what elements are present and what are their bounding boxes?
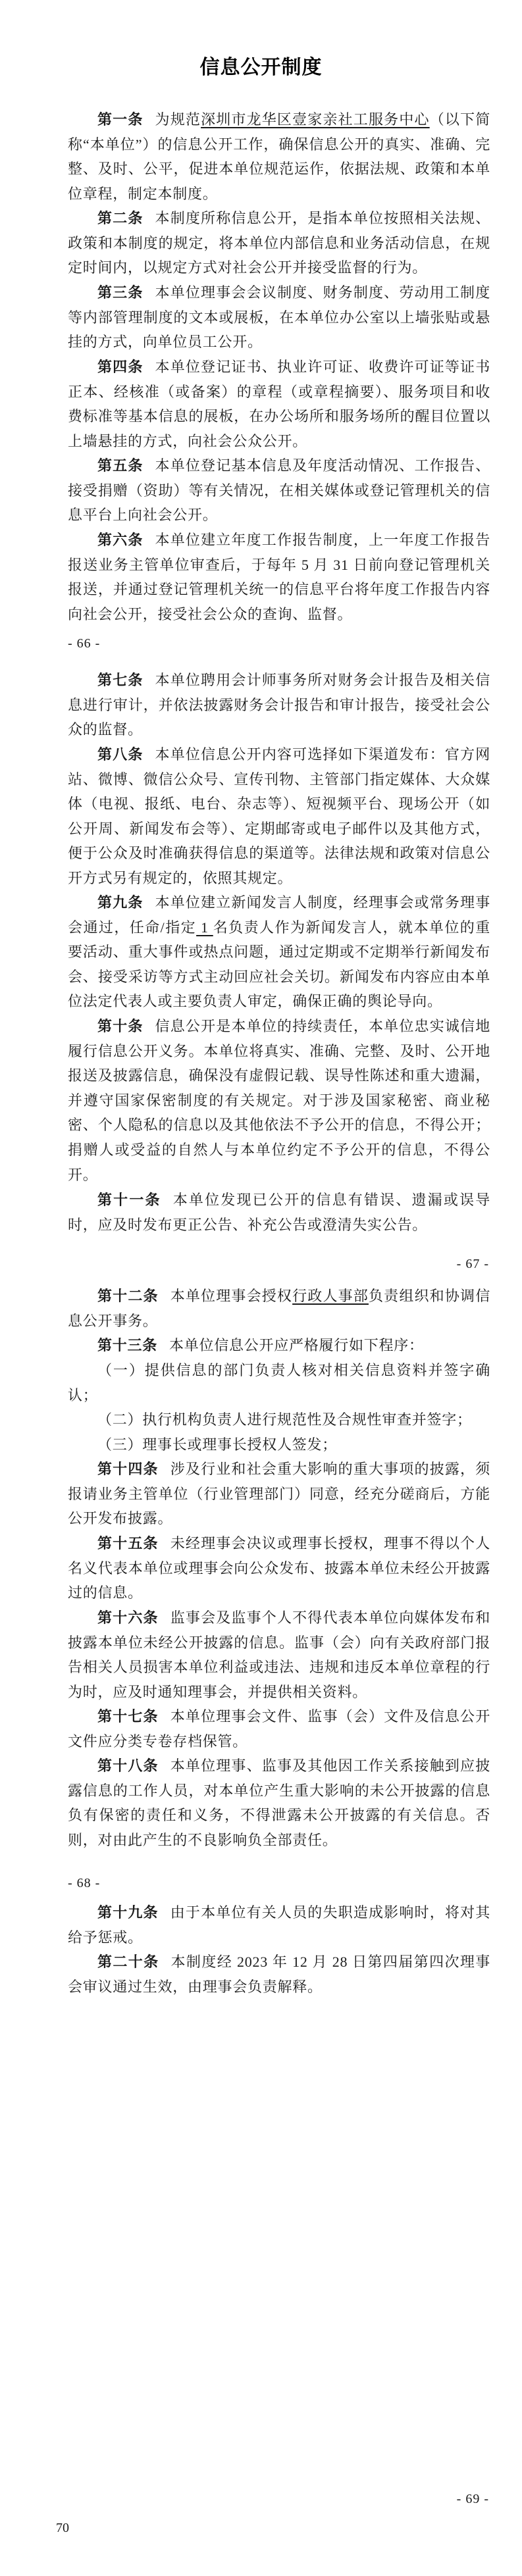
article-paragraph: 第二十条本制度经 2023 年 12 月 28 日第四届第四次理事会审议通过生效… (68, 1950, 490, 1999)
page-number-footer: - 66 - (68, 636, 100, 651)
article-paragraph: （一）提供信息的部门负责人核对相关信息资料并签字确认； (68, 1358, 490, 1407)
article-paragraph: （二）执行机构负责人进行规范性及合规性审查并签字； (68, 1407, 490, 1432)
article-number-label: 第二条 (97, 210, 155, 226)
article-number-label: 第七条 (97, 672, 155, 688)
article-paragraph: 第一条为规范深圳市龙华区壹家亲社工服务中心（以下简称“本单位”）的信息公开工作，… (68, 107, 490, 206)
article-paragraph: 第八条本单位信息公开内容可选择如下渠道发布：官方网站、微博、微信公众号、宣传刊物… (68, 742, 490, 891)
body-text: （二）执行机构负责人进行规范性及合规性审查并签字； (97, 1411, 472, 1428)
article-paragraph: 第十一条本单位发现已公开的信息有错误、遗漏或误导时，应及时发布更正公告、补充公告… (68, 1188, 490, 1237)
article-paragraph: 第十七条本单位理事会文件、监事（会）文件及信息公开文件应分类专卷存档保管。 (68, 1704, 490, 1754)
underlined-text: 1 (196, 919, 213, 936)
page-title: 信息公开制度 (0, 57, 522, 79)
article-paragraph: 第十条信息公开是本单位的持续责任，本单位忠实诚信地履行信息公开义务。本单位将真实… (68, 1014, 490, 1187)
pdf-page-number: 70 (56, 2520, 69, 2536)
article-number-label: 第一条 (97, 111, 155, 128)
body-text: 信息公开是本单位的持续责任，本单位忠实诚信地履行信息公开义务。本单位将真实、准确… (68, 1018, 490, 1183)
article-paragraph: 第十四条涉及行业和社会重大影响的重大事项的披露，须报请业务主管单位（行业管理部门… (68, 1457, 490, 1531)
underlined-text: 深圳市龙华区壹家亲社工服务中心 (201, 111, 430, 128)
article-number-label: 第三条 (97, 284, 155, 301)
article-number-label: 第十七条 (97, 1708, 170, 1725)
article-paragraph: 第四条本单位登记证书、执业许可证、收费许可证等证书正本、经核准（或备案）的章程（… (68, 355, 490, 453)
article-number-label: 第四条 (97, 359, 155, 375)
page-number-footer: - 67 - (457, 1256, 489, 1272)
article-number-label: 第十条 (97, 1018, 155, 1034)
article-number-label: 第九条 (97, 894, 155, 911)
article-number-label: 第十二条 (97, 1288, 170, 1304)
underlined-text: 行政人事部 (292, 1288, 369, 1304)
article-paragraph: （三）理事长或理事长授权人签发； (68, 1432, 490, 1457)
article-number-label: 第八条 (97, 746, 155, 763)
article-paragraph: 第六条本单位建立年度工作报告制度，上一年度工作报告报送业务主管单位审查后，于每年… (68, 528, 490, 626)
article-paragraph: 第十八条本单位理事、监事及其他因工作关系接触到应披露信息的工作人员，对本单位产生… (68, 1754, 490, 1852)
article-number-label: 第十六条 (97, 1609, 170, 1626)
article-number-label: 第二十条 (97, 1954, 171, 1970)
article-paragraph: 第十九条由于本单位有关人员的失职造成影响时，将对其给予惩戒。 (68, 1900, 490, 1950)
body-text: （一）提供信息的部门负责人核对相关信息资料并签字确认； (68, 1362, 490, 1403)
article-number-label: 第十三条 (97, 1337, 169, 1353)
article-number-label: 第十九条 (97, 1904, 170, 1921)
article-paragraph: 第二条本制度所称信息公开，是指本单位按照相关法规、政策和本制度的规定，将本单位内… (68, 206, 490, 280)
article-paragraph: 第十三条本单位信息公开应严格履行如下程序： (68, 1333, 490, 1358)
article-number-label: 第十五条 (97, 1535, 170, 1552)
page-number-footer: - 68 - (68, 1875, 100, 1891)
article-number-label: 第六条 (97, 532, 155, 548)
document-page: { "document": { "title": "信息公开制度", "text… (0, 0, 522, 2576)
body-text: （三）理事长或理事长授权人签发； (97, 1436, 337, 1453)
body-text: 为规范 (155, 111, 201, 128)
article-paragraph: 第九条本单位建立新闻发言人制度，经理事会或常务理事会通过，任命/指定 1 名负责… (68, 890, 490, 1014)
body-text: 本单位信息公开内容可选择如下渠道发布：官方网站、微博、微信公众号、宣传刊物、主管… (68, 746, 490, 886)
page-number-footer: - 69 - (457, 2491, 489, 2507)
article-paragraph: 第十二条本单位理事会授权行政人事部负责组织和协调信息公开事务。 (68, 1284, 490, 1333)
body-text: 本单位信息公开应严格履行如下程序： (169, 1337, 424, 1353)
article-paragraph: 第三条本单位理事会会议制度、财务制度、劳动用工制度等内部管理制度的文本或展板，在… (68, 280, 490, 355)
article-number-label: 第十八条 (97, 1757, 170, 1774)
article-paragraph: 第十五条未经理事会决议或理事长授权，理事不得以个人名义代表本单位或理事会向公众发… (68, 1531, 490, 1605)
article-paragraph: 第十六条监事会及监事个人不得代表本单位向媒体发布和披露本单位未经公开披露的信息。… (68, 1605, 490, 1704)
body-text: 本单位理事会授权 (170, 1288, 292, 1304)
article-paragraph: 第五条本单位登记基本信息及年度活动情况、工作报告、接受捐赠（资助）等有关情况，在… (68, 453, 490, 528)
article-number-label: 第十一条 (97, 1192, 173, 1208)
article-number-label: 第十四条 (97, 1461, 170, 1477)
article-paragraph: 第七条本单位聘用会计师事务所对财务会计报告及相关信息进行审计，并依法披露财务会计… (68, 668, 490, 742)
article-number-label: 第五条 (97, 457, 155, 474)
